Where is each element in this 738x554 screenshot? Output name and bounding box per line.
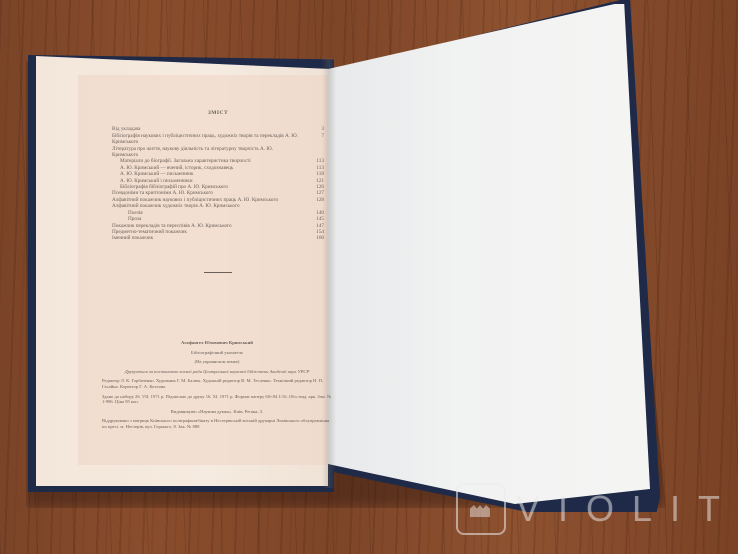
imprint-title: Бібліографічний указатель [102, 350, 332, 356]
toc-entry: Іменний покажчик160 [112, 235, 324, 241]
toc-entry-text: Бібліографія наукових і публіцистичних п… [112, 133, 310, 146]
watermark-text: VIOLITY [516, 488, 738, 530]
toc-entry-page: 7 [310, 133, 324, 146]
table-of-contents: ЗМІСТ Від укладача3Бібліографія наукових… [112, 110, 324, 273]
imprint-approval: Друкується за постановою вченої ради Цен… [102, 369, 332, 375]
divider [204, 272, 232, 273]
toc-entry: Література про життя, наукову діяльність… [112, 146, 324, 159]
toc-title: ЗМІСТ [112, 110, 324, 116]
toc-entry-text: Література про життя, наукову діяльність… [112, 146, 310, 159]
toc-entry-page: 160 [310, 235, 324, 241]
imprint-author: Агафангел Юхимович Кримський [102, 340, 332, 346]
imprint-language: (На украинском языке) [102, 359, 332, 365]
imprint-printer: Віддруковано з матриць Київського полігр… [102, 418, 332, 429]
imprint-publisher: Видавництво «Наукова думка». Київ, Репін… [102, 409, 332, 415]
imprint: Агафангел Юхимович Кримський Бібліографі… [102, 340, 332, 434]
toc-list: Від укладача3Бібліографія наукових і пуб… [112, 126, 324, 241]
toc-entry: Бібліографія наукових і публіцистичних п… [112, 133, 324, 146]
toc-entry-page [310, 146, 324, 159]
imprint-credits: Редактор Л. К. Горбаченко. Художник Г. М… [102, 378, 332, 389]
imprint-print-details: Здано до набору 26. VII. 1971 р. Підписа… [102, 394, 332, 405]
toc-entry-text: Іменний покажчик [112, 235, 310, 241]
watermark: VIOLITY [456, 483, 738, 535]
crown-icon [456, 483, 506, 535]
right-page-blank [328, 4, 650, 504]
